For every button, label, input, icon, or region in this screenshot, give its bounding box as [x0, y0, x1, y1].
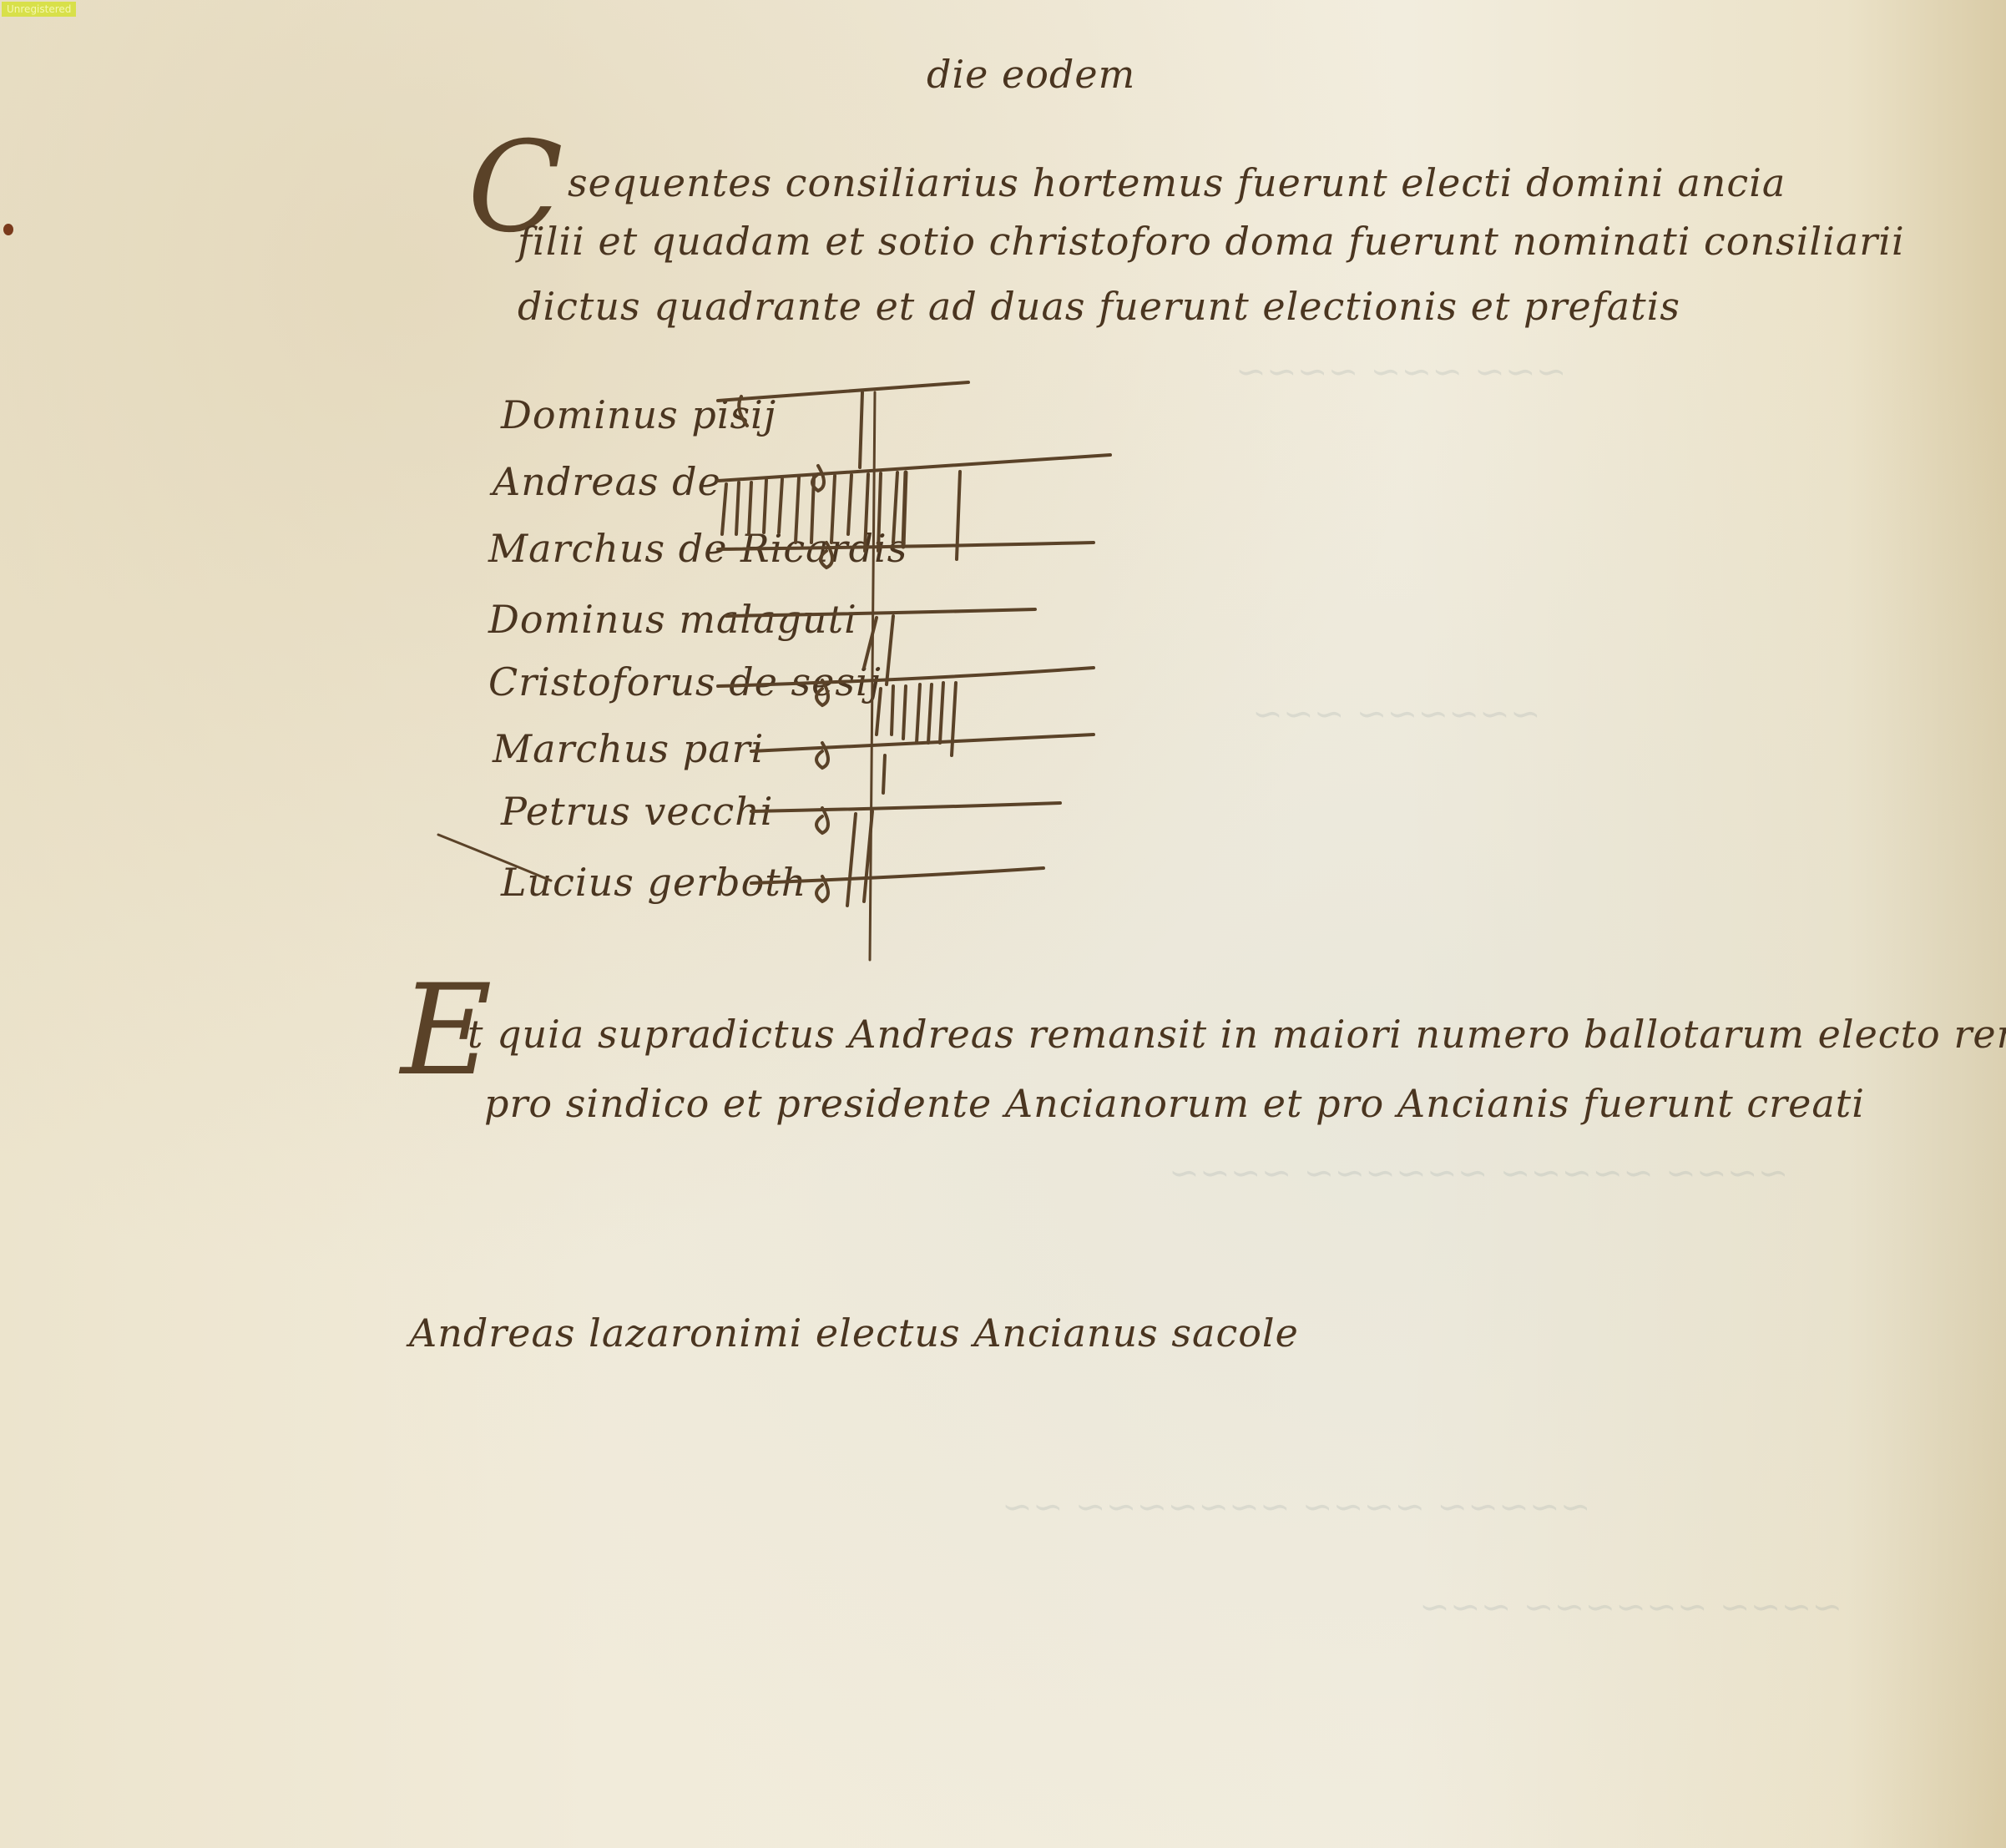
paragraph-2-line: t quia supradictus Andreas remansit in m…: [467, 1012, 2006, 1057]
tally-marks: [0, 0, 2006, 1848]
paragraph-2-line: pro sindico et presidente Ancianorum et …: [484, 1081, 1865, 1126]
closing-line: Andreas lazaronimi electus Ancianus saco…: [409, 1310, 1299, 1356]
tally-rule: [718, 382, 968, 401]
